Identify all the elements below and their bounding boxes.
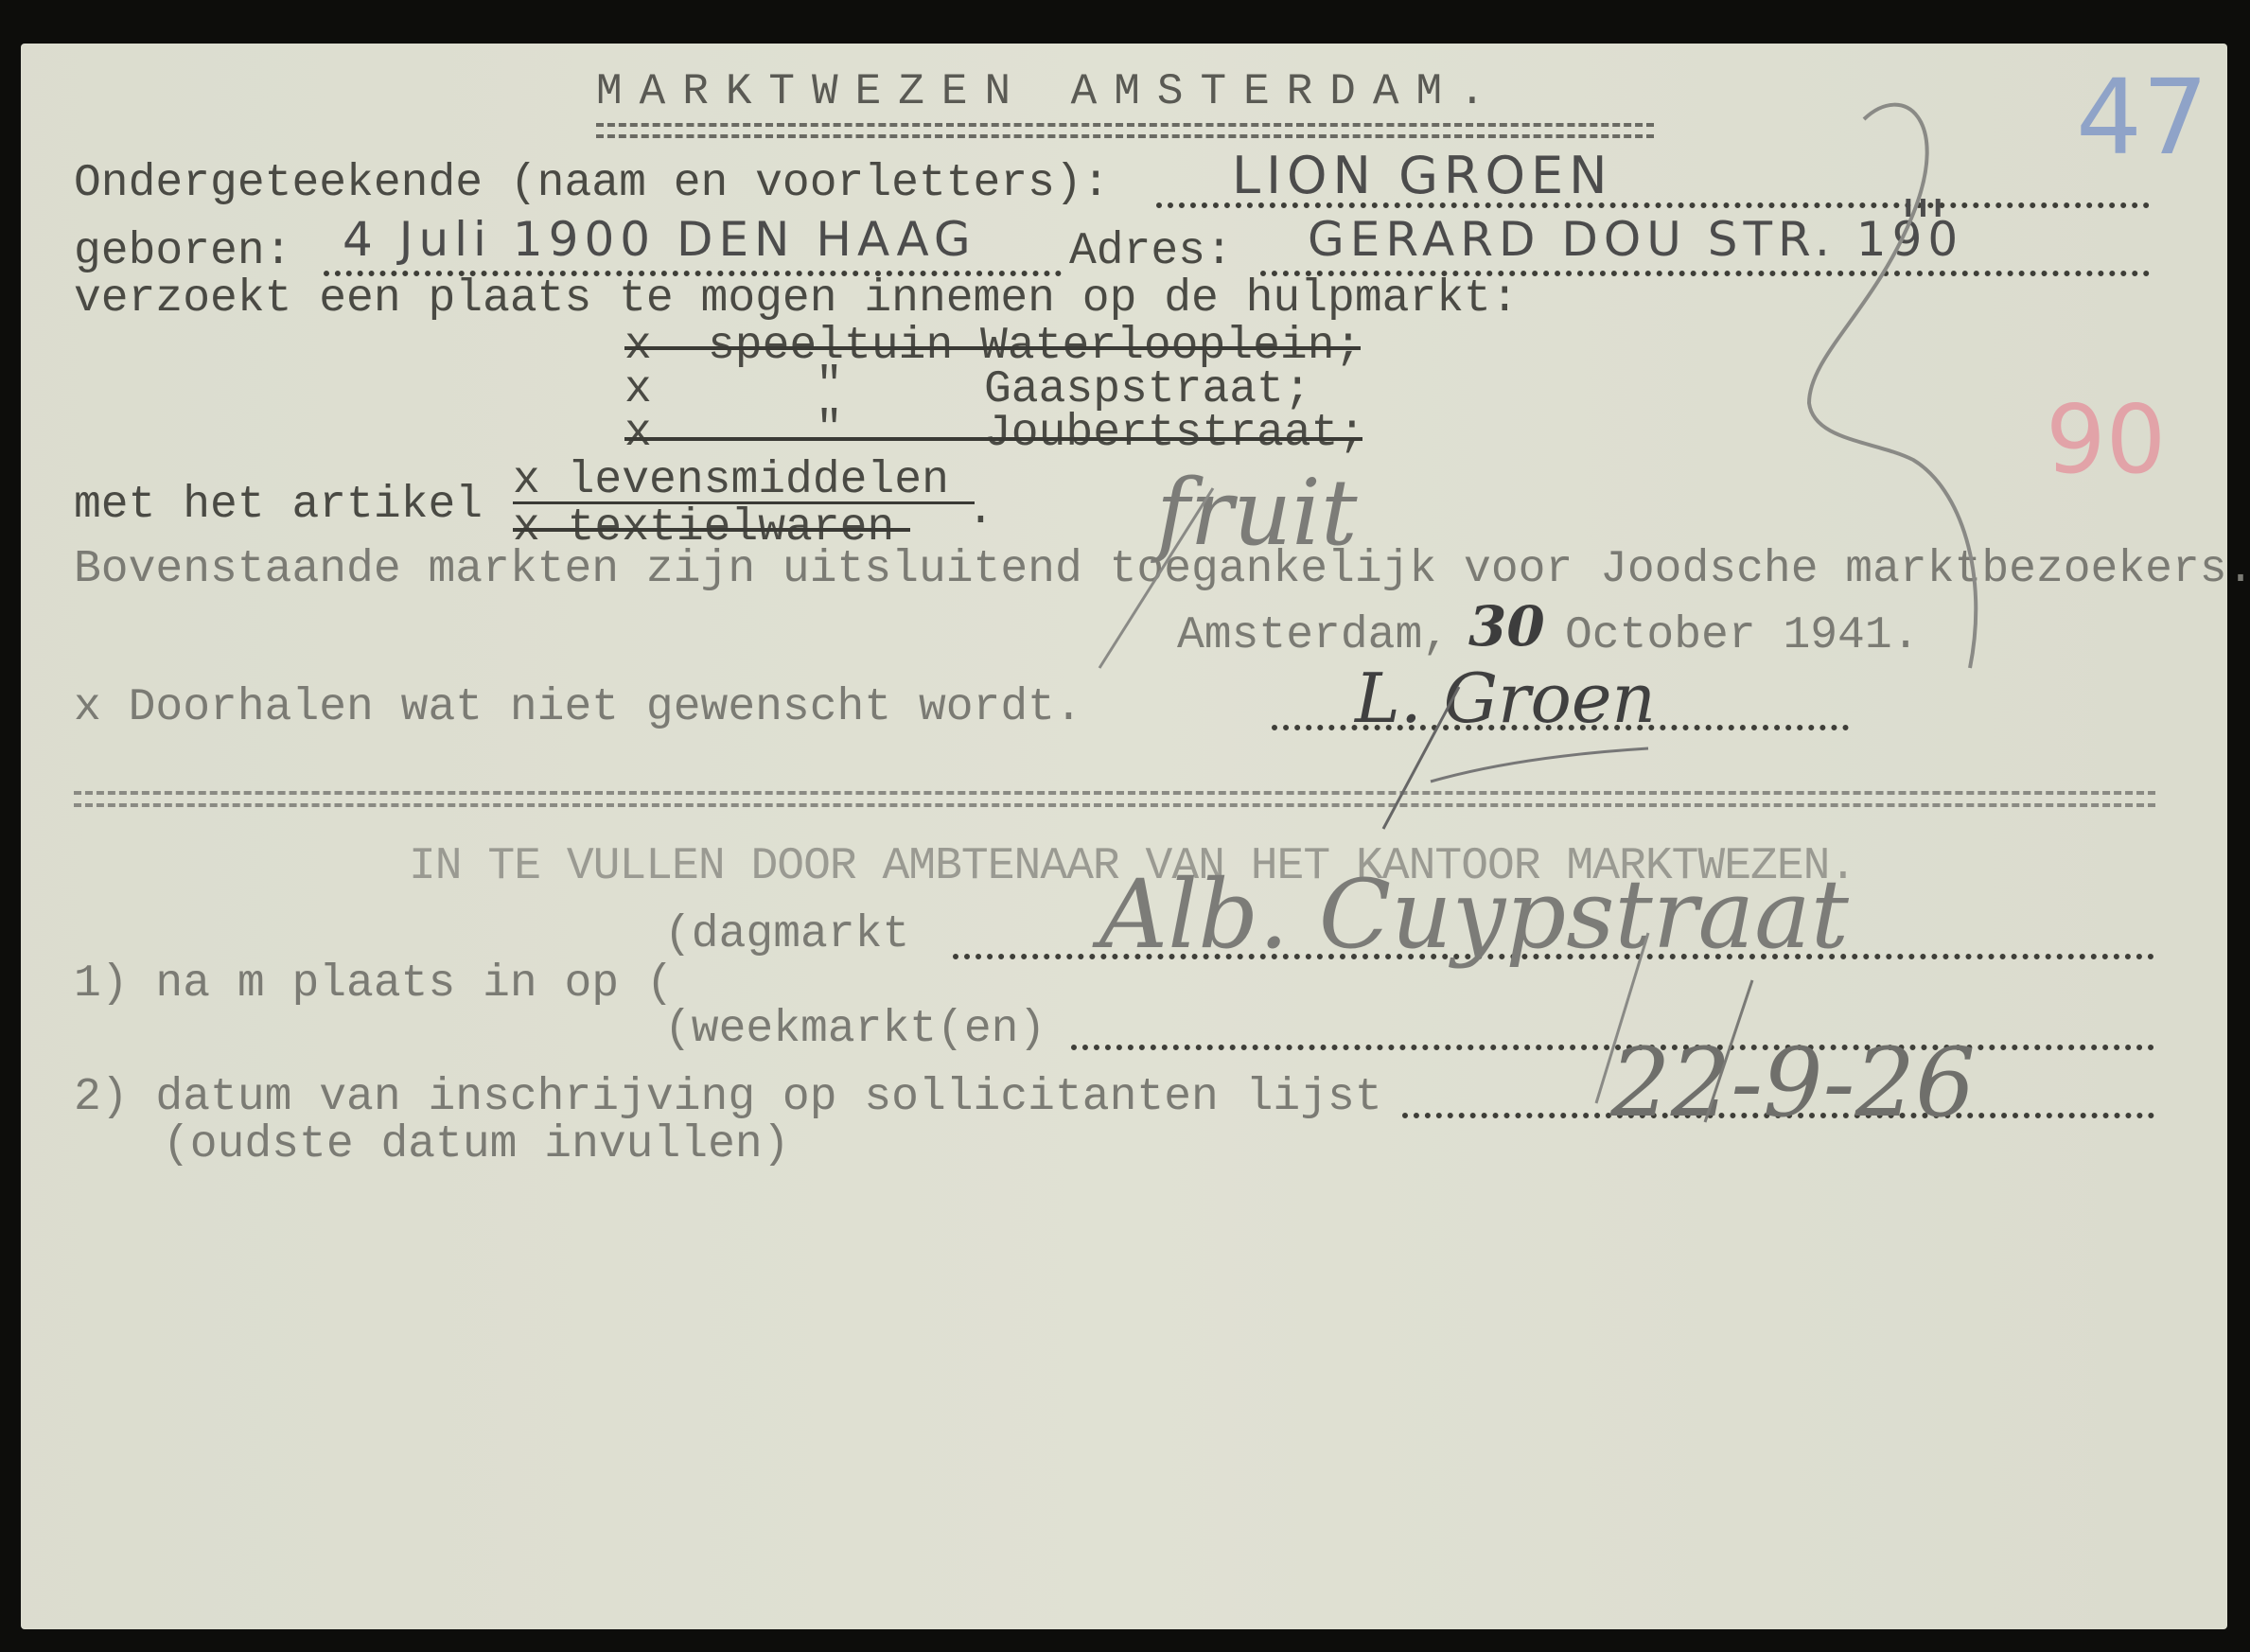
dagmarkt-label: (dagmarkt bbox=[664, 912, 909, 958]
section-divider-1 bbox=[74, 791, 2155, 795]
archive-number: 47 bbox=[2076, 57, 2208, 178]
date-day: 30 bbox=[1468, 594, 1545, 659]
item1-label: 1) na m plaats in op ( bbox=[74, 961, 674, 1007]
born-label: geboren: bbox=[74, 229, 291, 274]
section-divider-2 bbox=[74, 803, 2155, 807]
article-period: . bbox=[967, 488, 994, 534]
red-annotation: 90 bbox=[2046, 384, 2166, 495]
market-permit-card: MARKTWEZEN AMSTERDAM. 47 Ondergeteekende… bbox=[21, 44, 2227, 1629]
title-underline-1 bbox=[596, 123, 1654, 127]
address-label: Adres: bbox=[1069, 229, 1233, 274]
market-ditto-3: " bbox=[816, 407, 843, 452]
document-title: MARKTWEZEN AMSTERDAM. bbox=[596, 70, 1503, 114]
market-ditto-2: " bbox=[816, 363, 843, 409]
article-food: x levensmiddelen bbox=[513, 458, 949, 503]
date-month-year: October 1941. bbox=[1565, 613, 1919, 659]
registration-date: 22-9-26 bbox=[1610, 1028, 1976, 1138]
dagmarkt-value: Alb. Cuypstraat bbox=[1099, 859, 1849, 970]
item2-label: 2) datum van inschrijving op sollicitant… bbox=[74, 1075, 1382, 1120]
article-label: met het artikel bbox=[74, 483, 483, 528]
jewish-only-notice: Bovenstaande markten zijn uitsluitend to… bbox=[74, 547, 2250, 592]
name-value: LION GROEN bbox=[1232, 146, 1612, 205]
place: Amsterdam, bbox=[1177, 613, 1450, 659]
born-value: 4 Juli 1900 DEN HAAG bbox=[343, 212, 976, 267]
market-name-3: Joubertstraat; bbox=[984, 411, 1365, 456]
strikethrough-joubertstraat bbox=[624, 437, 1362, 441]
name-label: Ondergeteekende (naam en voorletters): bbox=[74, 161, 1110, 206]
strike-instruction: x Doorhalen wat niet gewenscht wordt. bbox=[74, 685, 1082, 730]
weekmarkt-label: (weekmarkt(en) bbox=[664, 1007, 1046, 1052]
strikethrough-waterlooplein bbox=[624, 346, 1361, 350]
address-floor: III bbox=[1904, 195, 1948, 223]
request-intro: verzoekt een plaats te mogen innemen op … bbox=[74, 276, 1519, 322]
strikethrough-textielwaren bbox=[513, 528, 910, 532]
market-marker-3: x bbox=[624, 411, 652, 456]
market-name-2: Gaaspstraat; bbox=[984, 367, 1311, 413]
market-marker-2: x bbox=[624, 367, 652, 413]
applicant-signature: L. Groen bbox=[1355, 659, 1656, 738]
title-underline-2 bbox=[596, 134, 1654, 138]
item2-note: (oudste datum invullen) bbox=[163, 1122, 790, 1168]
address-value: GERARD DOU STR. 190 bbox=[1308, 212, 1963, 267]
